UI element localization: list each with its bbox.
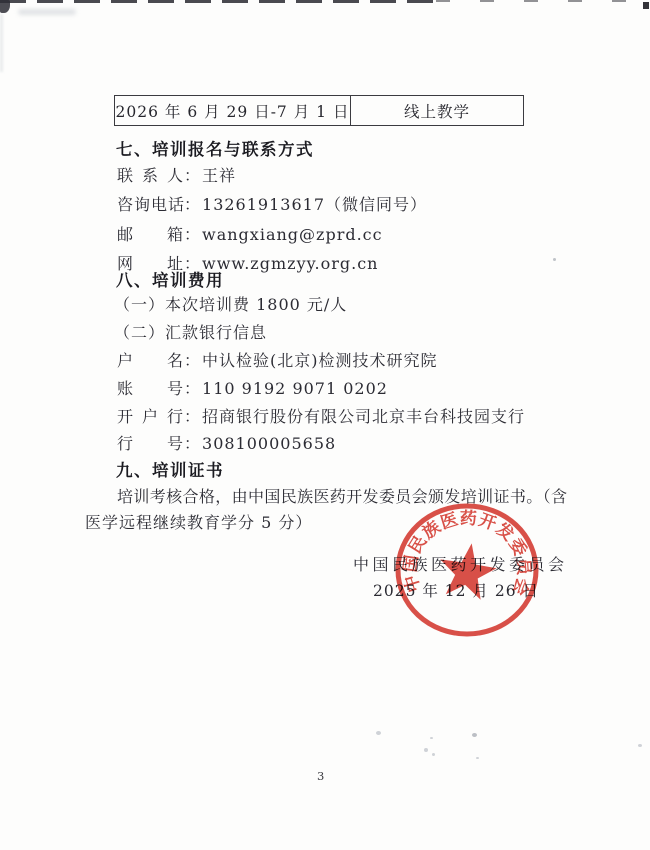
star-icon [435,539,500,602]
schedule-table: 2026 年 6 月 29 日-7 月 1 日 线上教学 [114,95,524,126]
field-colon: ： [184,222,201,245]
scanned-page: 2026 年 6 月 29 日-7 月 1 日 线上教学 七、培训报名与联系方式… [0,0,650,850]
field-colon: ： [184,431,201,454]
scan-speck [376,731,381,735]
fee-item-bankinfo: （二）汇款银行信息 [114,320,267,343]
field-value: www.zgmzyy.org.cn [202,254,378,273]
section-heading-fee: 八、培训费用 [116,267,224,291]
field-colon: ： [184,192,201,215]
scan-corner-mark [0,0,10,13]
field-value: 13261913617（微信同号） [202,192,427,215]
scan-smudge [18,9,76,15]
scan-speck [476,757,479,759]
schedule-date-cell: 2026 年 6 月 29 日-7 月 1 日 [115,96,351,125]
field-bank-number: 行号：308100005658 [117,431,336,454]
field-value: 308100005658 [202,434,336,453]
field-value: 110 9192 9071 0202 [202,379,388,398]
field-label: 联系人 [117,163,184,186]
field-value: 王祥 [202,163,236,186]
certificate-paragraph-line2: 医学远程继续教育学分 5 分） [85,510,312,533]
section-heading-contact: 七、培训报名与联系方式 [116,136,314,160]
field-contact-person: 联系人：王祥 [117,163,236,186]
section-heading-certificate: 九、培训证书 [116,457,224,481]
field-value: wangxiang@zprd.cc [202,225,383,244]
official-seal-stamp: 中国民族医药开发委员会 [382,492,552,652]
scan-streak [0,14,3,72]
schedule-mode-cell: 线上教学 [351,96,523,125]
field-label: 开户行 [117,404,184,427]
scan-speck [638,744,642,747]
scan-edge-artifact [436,0,650,2]
scan-speck [553,258,556,261]
field-colon: ： [184,163,201,186]
field-value: 中认检验(北京)检测技术研究院 [202,348,438,371]
field-account-number: 账号：110 9192 9071 0202 [117,376,388,399]
field-email: 邮箱：wangxiang@zprd.cc [117,222,383,245]
field-label: 账号 [117,376,184,399]
field-bank-branch: 开户行：招商银行股份有限公司北京丰台科技园支行 [117,404,525,427]
field-label: 行号 [117,431,184,454]
field-colon: ： [184,348,201,371]
scan-corner-mark [643,2,649,9]
field-label: 邮箱 [117,222,184,245]
scan-speck [432,753,435,756]
field-value: 招商银行股份有限公司北京丰台科技园支行 [202,404,525,427]
field-label: 咨询电话 [117,192,184,215]
field-account-name: 户名：中认检验(北京)检测技术研究院 [117,348,438,371]
fee-item-price: （一）本次培训费 1800 元/人 [114,292,347,315]
scan-edge-artifact [0,0,436,3]
page-number: 3 [317,769,324,783]
scan-speck [472,733,477,737]
field-label: 户名 [117,348,184,371]
field-colon: ： [184,376,201,399]
scan-speck [424,748,428,752]
field-colon: ： [184,404,201,427]
scan-speck [430,737,433,739]
field-phone: 咨询电话：13261913617（微信同号） [117,192,427,215]
